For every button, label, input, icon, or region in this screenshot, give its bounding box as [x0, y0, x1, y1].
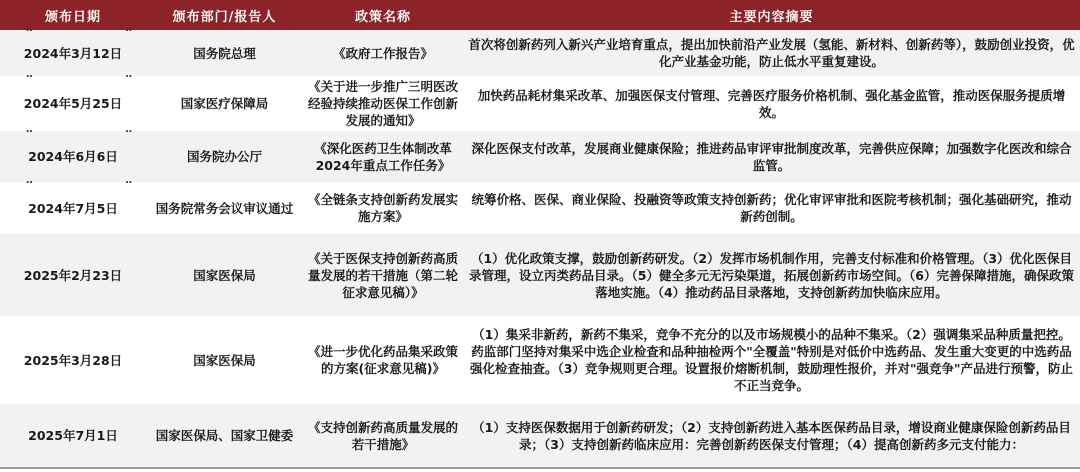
cell-dept: 国务院办公厅 — [146, 131, 303, 182]
cell-dept: 国家医疗保障局 — [146, 76, 303, 131]
cell-summary: 统筹价格、医保、商业保险、投融资等政策支持创新药；优化审评审批和医院考核机制；强… — [463, 182, 1080, 234]
cell-summary: 首次将创新药列入新兴产业培育重点，提出加快前沿产业发展（氢能、新材料、创新药等）… — [463, 30, 1080, 76]
cell-policy: 《关于进一步推广三明医改经验持续推动医保工作创新发展的通知》 — [303, 76, 463, 131]
cell-date: 2024年6月6日 — [0, 131, 146, 182]
cell-policy: 《进一步优化药品集采政策的方案(征求意见稿)》 — [303, 316, 463, 404]
cell-policy: 《关于医保支持创新药高质量发展的若干措施（第二轮征求意见稿）》 — [303, 234, 463, 316]
cell-summary: （1）集采非新药，新药不集采，竞争不充分的以及市场规模小的品种不集采。（2）强调… — [463, 316, 1080, 404]
header-policy: 政策名称 — [303, 0, 463, 30]
cell-policy: 《深化医药卫生体制改革2024年重点工作任务》 — [303, 131, 463, 182]
cell-dept: 国务院总理 — [146, 30, 303, 76]
table-row: 2024年5月25日 国家医疗保障局 《关于进一步推广三明医改经验持续推动医保工… — [0, 76, 1080, 131]
table-header-row: 颁布日期 颁布部门/报告人 政策名称 主要内容摘要 — [0, 0, 1080, 30]
cell-dept: 国家医保局 — [146, 234, 303, 316]
cell-policy: 《全链条支持创新药发展实施方案》 — [303, 182, 463, 234]
cell-dept: 国家医保局、国家卫健委 — [146, 404, 303, 468]
table-row: 2024年7月5日 国务院常务会议审议通过 《全链条支持创新药发展实施方案》 统… — [0, 182, 1080, 234]
header-summary: 主要内容摘要 — [463, 0, 1080, 30]
cell-date: 2025年7月1日 — [0, 404, 146, 468]
cell-summary: 加快药品耗材集采改革、加强医保支付管理、完善医疗服务价格机制、强化基金监管，推动… — [463, 76, 1080, 131]
header-date: 颁布日期 — [0, 0, 146, 30]
table-row: 2024年3月12日 国务院总理 《政府工作报告》 首次将创新药列入新兴产业培育… — [0, 30, 1080, 76]
cell-date: 2025年2月23日 — [0, 234, 146, 316]
cell-summary: （1）优化政策支撑，鼓励创新药研发。（2）发挥市场机制作用，完善支付标准和价格管… — [463, 234, 1080, 316]
cell-dept: 国家医保局 — [146, 316, 303, 404]
cell-summary: 深化医保支付改革，发展商业健康保险；推进药品审评审批制度改革，完善供应保障；加强… — [463, 131, 1080, 182]
cell-policy: 《支持创新药高质量发展的若干措施》 — [303, 404, 463, 468]
table-row: 2024年6月6日 国务院办公厅 《深化医药卫生体制改革2024年重点工作任务》… — [0, 131, 1080, 182]
cell-date: 2024年7月5日 — [0, 182, 146, 234]
cell-date: 2024年5月25日 — [0, 76, 146, 131]
cell-dept: 国务院常务会议审议通过 — [146, 182, 303, 234]
table-row: 2025年2月23日 国家医保局 《关于医保支持创新药高质量发展的若干措施（第二… — [0, 234, 1080, 316]
cell-policy: 《政府工作报告》 — [303, 30, 463, 76]
table-row: 2025年3月28日 国家医保局 《进一步优化药品集采政策的方案(征求意见稿)》… — [0, 316, 1080, 404]
cell-date: 2025年3月28日 — [0, 316, 146, 404]
header-dept: 颁布部门/报告人 — [146, 0, 303, 30]
policy-table: 颁布日期 颁布部门/报告人 政策名称 主要内容摘要 2024年3月12日 国务院… — [0, 0, 1080, 469]
cell-date: 2024年3月12日 — [0, 30, 146, 76]
table-row: 2025年7月1日 国家医保局、国家卫健委 《支持创新药高质量发展的若干措施》 … — [0, 404, 1080, 468]
cell-summary: （1）支持医保数据用于创新药研发；（2）支持创新药进入基本医保药品目录，增设商业… — [463, 404, 1080, 468]
